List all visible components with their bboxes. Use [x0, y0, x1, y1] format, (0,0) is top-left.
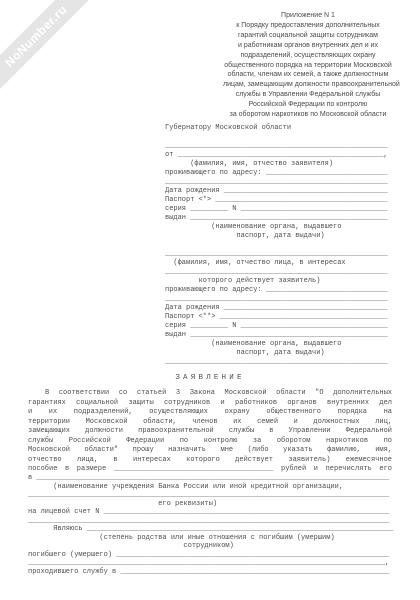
- beneficiary-passport-series-line: серия _________ N ______________________…: [165, 322, 397, 331]
- applicant-birthdate-line: Дата рождения __________________________…: [165, 187, 397, 196]
- relationship-line: Являюсь ________________________________…: [28, 525, 398, 534]
- statement-line: и их подразделений, осуществляющих охран…: [28, 408, 392, 418]
- deceased-name-line: погибшего (умершего) ___________________…: [28, 551, 398, 560]
- header-line: общественного порядка на территории Моск…: [223, 61, 393, 71]
- statement-line: территории Московской области, членов их…: [28, 418, 392, 428]
- relationship-caption: сотрудником): [28, 542, 398, 551]
- blank-line: ________________________________________…: [165, 295, 397, 304]
- passport-issuer-caption: паспорт, дата выдачи): [165, 349, 397, 358]
- addressee-block: Губернатору Московской области _________…: [165, 124, 397, 367]
- blank-line: ________________________________________…: [165, 358, 397, 367]
- header-line: гарантий социальной защиты сотрудникам: [223, 31, 393, 41]
- appendix-number: Приложение N 1: [223, 11, 393, 21]
- document-page: NoNumber.ru Приложение N 1 к Порядку пре…: [0, 0, 420, 600]
- applicant-address-line: проживающего по адресу: ________________…: [165, 169, 397, 178]
- blank-line: ________________________________________…: [165, 178, 397, 187]
- statement-line: В соответствии со статьей 3 Закона Моско…: [28, 389, 392, 399]
- applicant-passport-series-line: серия _________ N ______________________…: [165, 205, 397, 214]
- relationship-caption: (степень родства или иные отношения с по…: [28, 534, 398, 543]
- header-line: Российской Федерации по контролю: [223, 100, 393, 110]
- passport-issuer-caption: (наименование органа, выдавшего: [165, 223, 397, 232]
- bank-name-line: в ______________________________________…: [28, 474, 398, 483]
- header-line: за оборотом наркотиков по Московской обл…: [223, 110, 393, 120]
- blank-line: ________________________________________…: [165, 250, 397, 259]
- recipient-line: Губернатору Московской области: [165, 124, 397, 133]
- personal-account-line: на лицевой счет N ______________________…: [28, 508, 398, 517]
- statement-line: отчество лица, в интересах которого дейс…: [28, 456, 392, 466]
- statement-paragraph: В соответствии со статьей 3 Закона Моско…: [28, 389, 392, 475]
- spacer-row: [165, 241, 397, 250]
- spacer-row: [165, 133, 397, 142]
- applicant-passport-issued-line: выдан __________________________________…: [165, 214, 397, 223]
- service-place-line: проходившего службу в __________________…: [28, 568, 398, 577]
- header-line: к Порядку предоставления дополнительных: [223, 21, 393, 31]
- header-line: подразделений, осуществляющих охрану: [223, 51, 393, 61]
- statement-line: замещающих должности правоохранительной …: [28, 427, 392, 437]
- applicant-from-line: от _____________________________________…: [165, 151, 397, 160]
- statement-title: ЗАЯВЛЕНИЕ: [0, 374, 420, 382]
- statement-line: гарантиях социальной защиты сотрудников …: [28, 399, 392, 409]
- header-line: и работникам органов внутренних дел и их: [223, 41, 393, 51]
- bank-details-block: в ______________________________________…: [28, 474, 398, 576]
- blank-line: ________________________________________…: [165, 268, 397, 277]
- applicant-passport-line: Паспорт <*> ____________________________…: [165, 196, 397, 205]
- header-line: области, членам их семей, а также должно…: [223, 70, 393, 80]
- beneficiary-passport-issued-line: выдан __________________________________…: [165, 331, 397, 340]
- beneficiary-address-line: проживающего по адресу: ________________…: [165, 286, 397, 295]
- blank-line: ________________________________________…: [28, 559, 398, 568]
- applicant-name-caption: (фамилия, имя, отчество заявителя): [165, 160, 397, 169]
- blank-line: ________________________________________…: [28, 491, 398, 500]
- beneficiary-name-caption: (фамилия, имя, отчество лица, в интереса…: [165, 259, 397, 268]
- header-line: службы в Управлении Федеральной службы: [223, 90, 393, 100]
- beneficiary-name-caption: которого действует заявитель): [165, 277, 397, 286]
- watermark-text: NoNumber.ru: [2, 2, 70, 70]
- bank-requisites-caption: его реквизиты): [28, 500, 398, 509]
- statement-line: службы Российской Федерации по контролю …: [28, 437, 392, 447]
- statement-line: Московской области" прошу назначить мне …: [28, 446, 392, 456]
- header-line: лицам, замещающим должности правоохранит…: [223, 80, 393, 90]
- appendix-header: Приложение N 1 к Порядку предоставления …: [223, 11, 393, 120]
- bank-name-caption: (наименование учреждения Банка России ил…: [28, 483, 398, 492]
- blank-line: ________________________________________…: [165, 142, 397, 151]
- passport-issuer-caption: (наименование органа, выдавшего: [165, 340, 397, 349]
- beneficiary-birthdate-line: Дата рождения __________________________…: [165, 304, 397, 313]
- blank-line: ________________________________________…: [28, 517, 398, 526]
- passport-issuer-caption: паспорт, дата выдачи): [165, 232, 397, 241]
- beneficiary-passport-line: Паспорт <**> ___________________________…: [165, 313, 397, 322]
- watermark-ribbon: NoNumber.ru: [0, 0, 115, 115]
